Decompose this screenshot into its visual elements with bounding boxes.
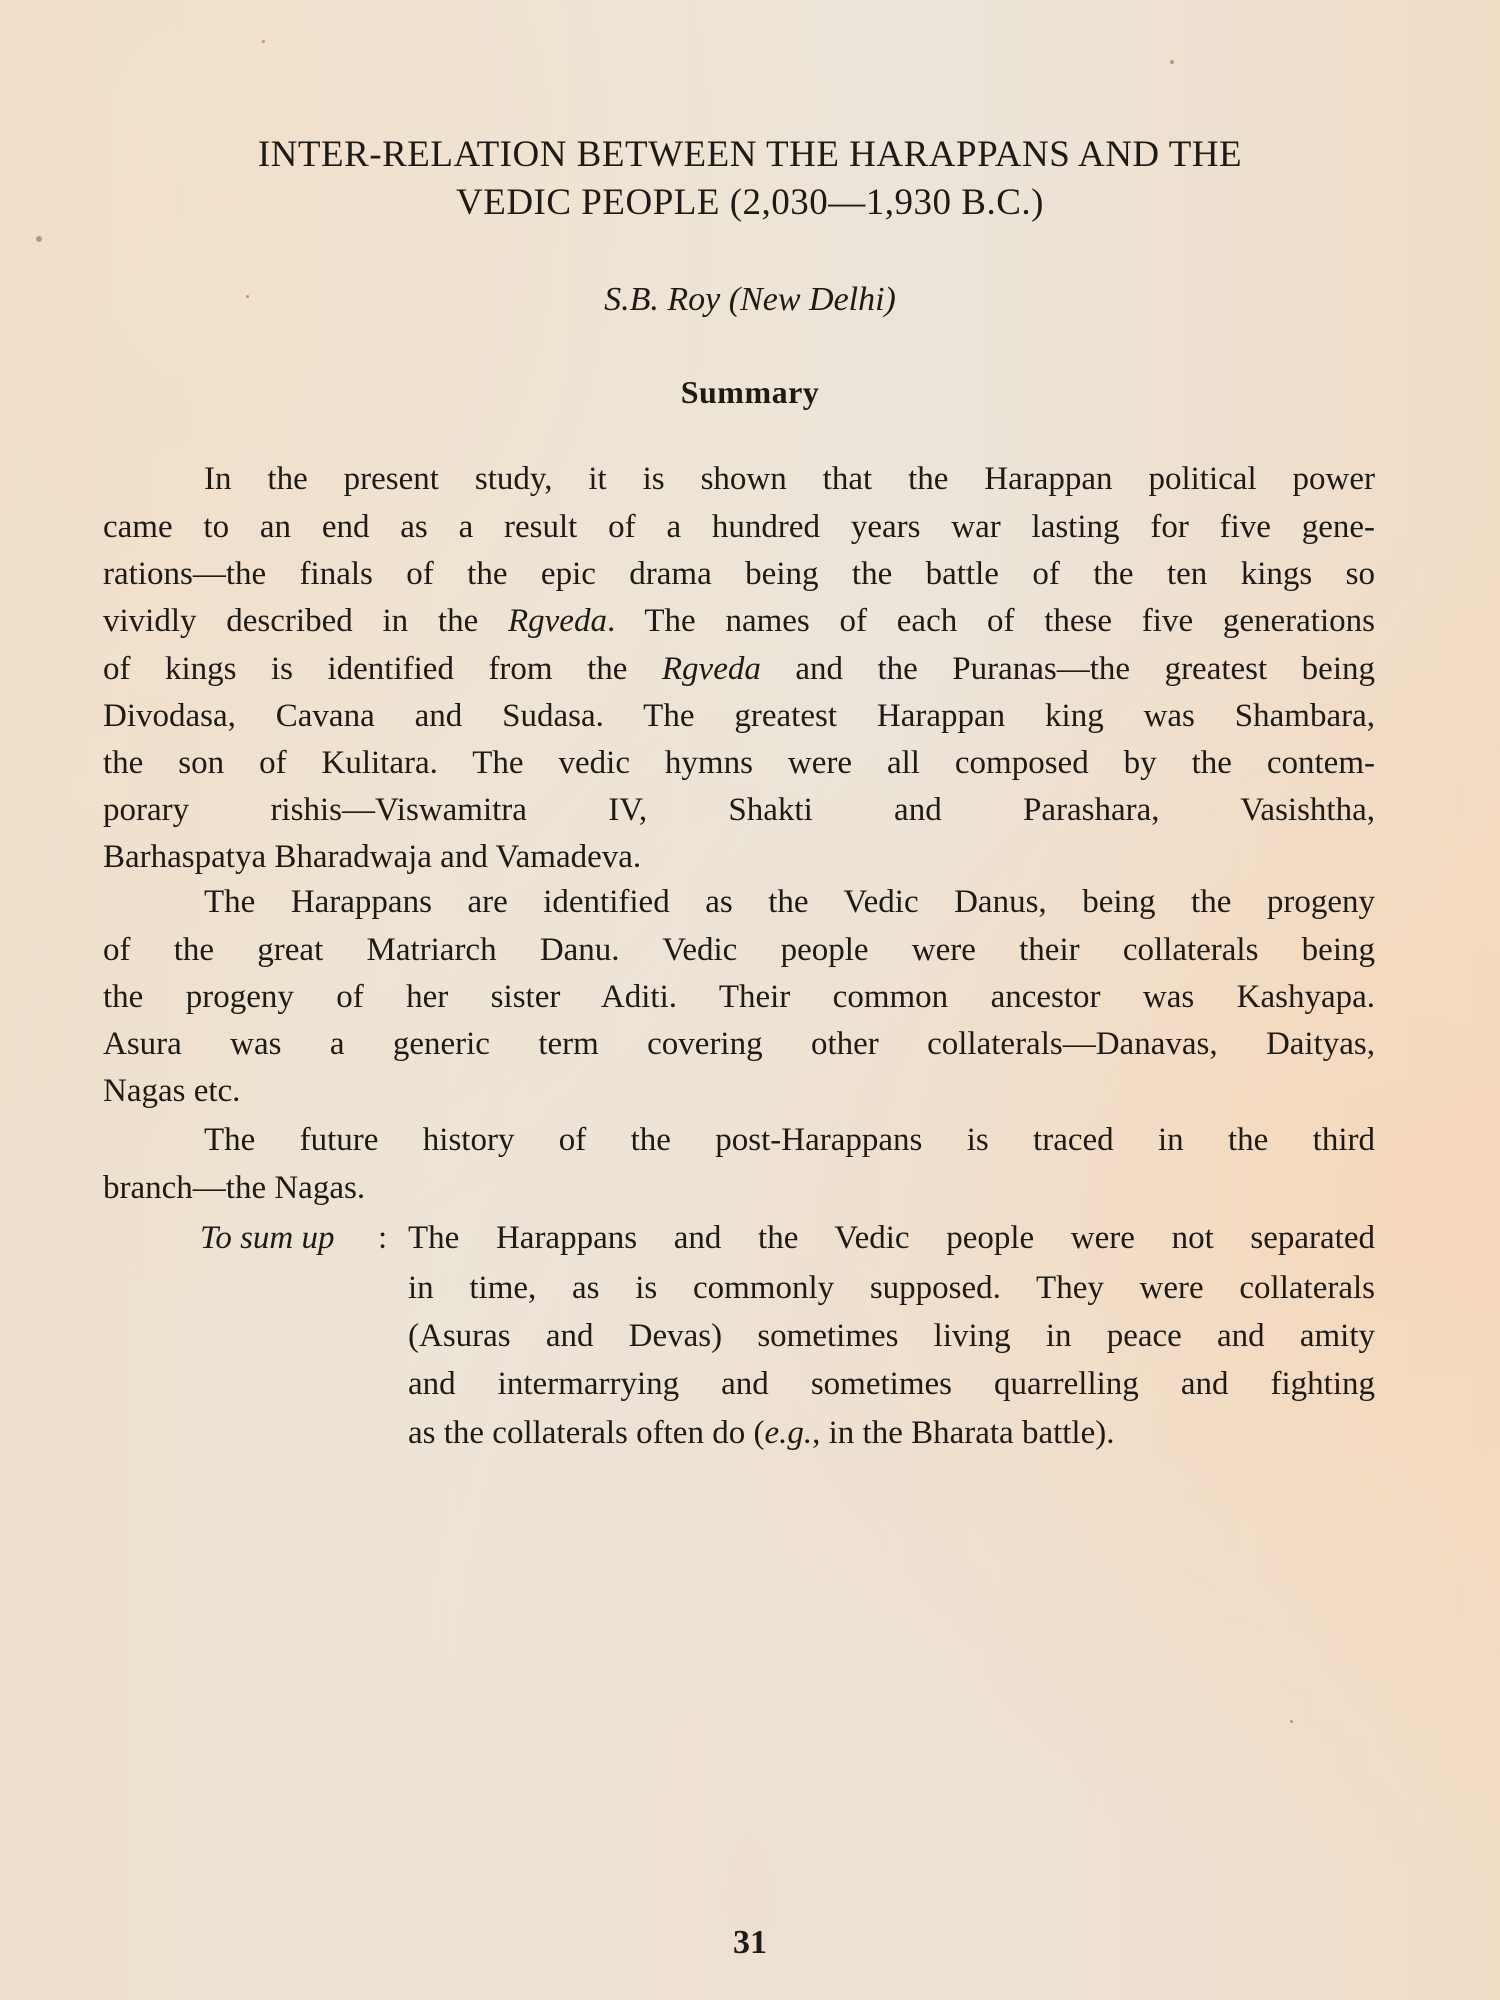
paragraph-2-line-1: The Harappans are identified as the Vedi… bbox=[204, 882, 1375, 922]
paragraph-1-line-3: rations—the finals of the epic drama bei… bbox=[103, 554, 1375, 594]
scanned-page: INTER-RELATION BETWEEN THE HARAPPANS AND… bbox=[0, 0, 1500, 2000]
paper-speck bbox=[262, 40, 265, 43]
paragraph-1-line-2: came to an end as a result of a hundred … bbox=[103, 507, 1375, 547]
paper-speck bbox=[36, 236, 42, 242]
author-location: New Delhi bbox=[740, 281, 884, 318]
paper-speck bbox=[1290, 1720, 1293, 1723]
paragraph-1-line-8: porary rishis—Viswamitra IV, Shakti and … bbox=[103, 790, 1375, 830]
paragraph-2-line-3: the progeny of her sister Aditi. Their c… bbox=[103, 977, 1375, 1017]
paragraph-1-line-6: Divodasa, Cavana and Sudasa. The greates… bbox=[103, 696, 1375, 736]
paragraph-2-line-5: Nagas etc. bbox=[103, 1071, 1375, 1111]
text-run: and the Puranas—the greatest being bbox=[761, 651, 1375, 687]
paragraph-2-line-2: of the great Matriarch Danu. Vedic peopl… bbox=[103, 930, 1375, 970]
sum-up-line-3: (Asuras and Devas) sometimes living in p… bbox=[408, 1316, 1375, 1356]
paragraph-1-line-1: In the present study, it is shown that t… bbox=[204, 459, 1375, 499]
sum-up-line-4: and intermarrying and sometimes quarrell… bbox=[408, 1364, 1375, 1404]
sum-up-line-1: The Harappans and the Vedic people were … bbox=[408, 1218, 1375, 1258]
paragraph-1-line-9: Barhaspatya Bharadwaja and Vamadeva. bbox=[103, 837, 1375, 877]
sum-up-colon: : bbox=[378, 1218, 387, 1258]
text-run: as the collaterals often do ( bbox=[408, 1415, 764, 1451]
paragraph-2-line-4: Asura was a generic term covering other … bbox=[103, 1024, 1375, 1064]
paper-speck bbox=[1170, 60, 1174, 64]
paragraph-1-line-5: of kings is identified from the Rgveda a… bbox=[103, 649, 1375, 689]
page-number: 31 bbox=[700, 1924, 800, 1962]
text-run: of kings is identified from the bbox=[103, 651, 662, 687]
author-name: S.B. Roy ( bbox=[604, 281, 740, 318]
italic-abbreviation-eg: e.g. bbox=[764, 1415, 812, 1451]
summary-heading: Summary bbox=[150, 374, 1350, 411]
article-title-line-2: VEDIC PEOPLE (2,030—1,930 B.C.) bbox=[150, 184, 1350, 221]
text-run: . The names of each of these five genera… bbox=[607, 603, 1375, 639]
sum-up-line-2: in time, as is commonly supposed. They w… bbox=[408, 1268, 1375, 1308]
paragraph-3-line-1: The future history of the post-Harappans… bbox=[204, 1120, 1375, 1160]
author-close-paren: ) bbox=[885, 281, 896, 318]
author-byline: S.B. Roy (New Delhi) bbox=[150, 281, 1350, 319]
italic-term-rgveda: Rgveda bbox=[662, 651, 761, 687]
text-run: vividly described in the bbox=[103, 603, 508, 639]
text-run: , in the Bharata battle). bbox=[812, 1415, 1114, 1451]
sum-up-line-5: as the collaterals often do (e.g., in th… bbox=[408, 1413, 1375, 1453]
paragraph-1-line-7: the son of Kulitara. The vedic hymns wer… bbox=[103, 743, 1375, 783]
article-title-line-1: INTER-RELATION BETWEEN THE HARAPPANS AND… bbox=[150, 136, 1350, 173]
paragraph-3-line-2: branch—the Nagas. bbox=[103, 1168, 1375, 1208]
italic-term-rgveda: Rgveda bbox=[508, 603, 607, 639]
sum-up-label: To sum up bbox=[200, 1218, 335, 1258]
paragraph-1-line-4: vividly described in the Rgveda. The nam… bbox=[103, 601, 1375, 641]
